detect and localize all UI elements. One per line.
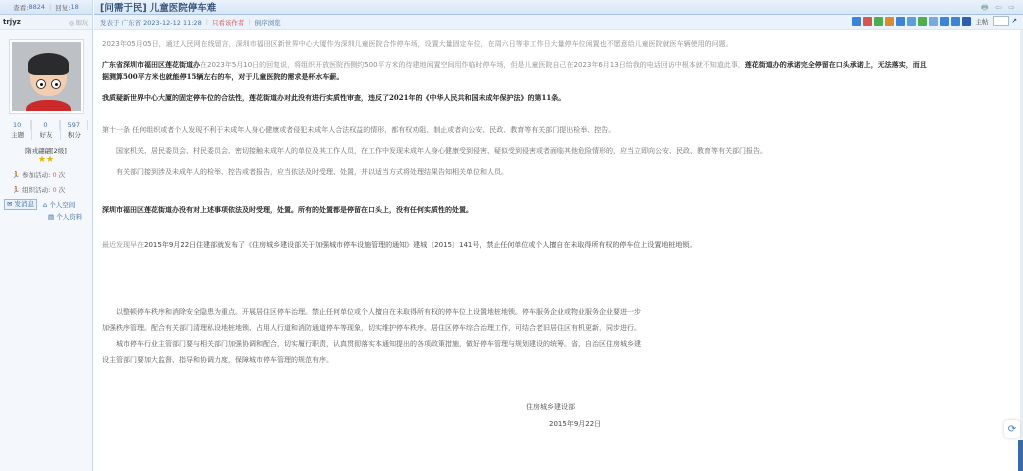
only-author-link[interactable]: 只看该作者 [212,18,245,27]
stat-topics[interactable]: 10主题 [4,120,32,140]
avatar-eye [51,79,61,89]
personal-profile-label: 个人资料 [56,213,82,221]
avatar[interactable] [10,40,83,113]
share-icon[interactable] [885,17,894,26]
activity-unit: 次 [59,171,66,179]
floor-jump: 主帖 ↗ [976,16,1017,26]
divider: | [206,18,208,26]
post-paragraph: 深圳市福田区莲花街道办没有对上述事项依法及时受理，处置。所有的处置都是停留在口头… [102,204,932,216]
share-icon[interactable] [918,17,927,26]
gray-text: 在2023年5月10日的回复说，将组织开放医院西侧约500平方米的待建地闲置空间… [200,61,745,69]
law-article: 第十一条 任何组织或者个人发现不利于未成年人身心健康或者侵犯未成年人合法权益的情… [102,124,932,136]
post-paragraph: 我质疑新世界中心大厦的固定停车位的合法性，莲花街道办对此没有进行实质性审查，违反… [102,92,932,104]
post-paragraph: 最近发现早在2015年9月22日住建部就发布了《住房城乡建设部关于加强城市停车设… [102,239,932,251]
notice-signature: 住房城乡建设部 [526,402,575,412]
quoted-notice: 以整顿停车秩序和消除安全隐患为重点。开展居住区停车治理。禁止任何单位或个人擅自在… [102,304,642,368]
post-meta-bar: 发表于 广东省 2023-12-12 11:28 | 只看该作者 | 倒序浏览 … [94,15,1023,30]
stat-label: 主题 [4,130,31,140]
share-icon[interactable] [874,17,883,26]
post-paragraph: 2023年05月05日，通过人民网在线留言，深圳市福田区新世界中心大厦作为深圳儿… [102,38,932,50]
stat-value: 10 [4,120,31,130]
post-content: 2023年05月05日，通过人民网在线留言，深圳市福田区新世界中心大厦作为深圳儿… [102,38,932,251]
activity-unit: 次 [59,186,66,194]
stat-label: 积分 [61,130,88,140]
share-icon[interactable] [962,17,971,26]
stat-label: 好友 [32,130,59,140]
activity-count: 0 [52,186,56,194]
share-icon[interactable] [951,17,960,26]
floor-input[interactable] [993,16,1009,26]
personal-profile-link[interactable]: ▤ 个人资料 [48,212,92,221]
notice-paragraph: 城市停车行业主管部门要与相关部门加强协调和配合，切实履行职责，认真贯彻落实本通知… [102,336,642,368]
activity-joined: 🏃 参加活动: 0 次 [12,169,92,181]
replies-label: 回复: [55,3,70,12]
share-icons [852,17,971,26]
activity-label: 参加活动: [22,171,50,179]
share-icon[interactable] [940,17,949,26]
post-time: 发表于 广东省 2023-12-12 11:28 [100,18,202,27]
divider: | [248,18,250,26]
stat-friends[interactable]: 0好友 [32,120,60,140]
bold-text: 广东省深圳市福田区莲花街道办 [102,60,200,69]
activity-organized: 🏃 组织活动: 0 次 [12,184,92,196]
thread-stats: 查看: 8824 | 回复: 18 [0,0,92,15]
thread-title: 儿童医院停车难 [150,0,217,14]
author-sidebar: 查看: 8824 | 回复: 18 trjyz ◎ 眼玩 10主题 0好友 59… [0,0,93,471]
activity-label: 组织活动: [22,186,50,194]
notice-date: 2015年9月22日 [549,419,601,429]
personal-space-label: 个人空间 [49,201,75,209]
floating-widget-icon[interactable]: ⟳ [1004,420,1020,438]
stat-value: 0 [32,120,59,130]
user-stats: 10主题 0好友 597积分 [4,120,88,140]
avatar-hair [28,53,69,75]
views-label: 查看: [13,3,28,12]
thread-category-tag[interactable]: [问需于民] [100,0,147,14]
notice-paragraph: 以整顿停车秩序和消除安全隐患为重点。开展居住区停车治理。禁止任何单位或个人擅自在… [102,304,642,336]
personal-space-link[interactable]: ⌂ 个人空间 [43,200,75,209]
post-main: [问需于民] 儿童医院停车难 🖶 ⇦ ⇨ 发表于 广东省 2023-12-12 … [94,0,1023,471]
share-icon[interactable] [907,17,916,26]
author-actions: ✉ 发消息 ⌂ 个人空间 [4,199,92,210]
law-article: 国家机关、居民委员会、村民委员会、密切接触未成年人的单位及其工作人员，在工作中发… [102,145,932,157]
share-icon[interactable] [863,17,872,26]
runner-icon: 🏃 [12,186,20,194]
law-article: 有关部门接到涉及未成年人的检举、控告或者报告，应当依法及时受理、处置，并以适当方… [102,166,932,178]
send-message-button[interactable]: ✉ 发消息 [4,199,37,210]
views-count: 8824 [28,3,45,11]
thread-title-bar: [问需于民] 儿童医院停车难 🖶 ⇦ ⇨ [94,0,1023,15]
share-icon[interactable] [852,17,861,26]
gray-text: 最近发现早在 [102,241,144,249]
reverse-order-link[interactable]: 倒序浏览 [255,18,281,27]
stat-points[interactable]: 597积分 [61,120,88,140]
view-mode-toggle[interactable]: ◎ 眼玩 [69,18,88,27]
activity-count: 0 [52,171,56,179]
replies-count: 18 [70,3,78,11]
rank-stars-icon: ★★ [0,155,92,166]
post-paragraph: 广东省深圳市福田区莲花街道办在2023年5月10日的回复说，将组织开放医院西侧约… [102,59,932,83]
floor-label: 主帖 [976,17,989,26]
send-message-label: 发消息 [15,200,35,208]
divider: | [49,3,51,11]
floor-go-icon[interactable]: ↗ [1012,17,1017,25]
side-tab[interactable] [1018,440,1023,471]
print-prev-next-icons[interactable]: 🖶 ⇦ ⇨ [981,2,1017,16]
author-bar: trjyz ◎ 眼玩 [0,15,92,30]
runner-icon: 🏃 [12,171,20,179]
dark-text: 2015年9月22日住建部就发布了《住房城乡建设部关于加强城市停车设施管理的通知… [144,241,696,249]
author-name[interactable]: trjyz [3,18,21,26]
avatar-eye [36,79,46,89]
avatar-body [26,100,71,113]
user-rank: 隋戎翩翩[2级] [0,146,92,155]
share-icon[interactable] [929,17,938,26]
stat-value: 597 [61,120,88,130]
share-icon[interactable] [896,17,905,26]
